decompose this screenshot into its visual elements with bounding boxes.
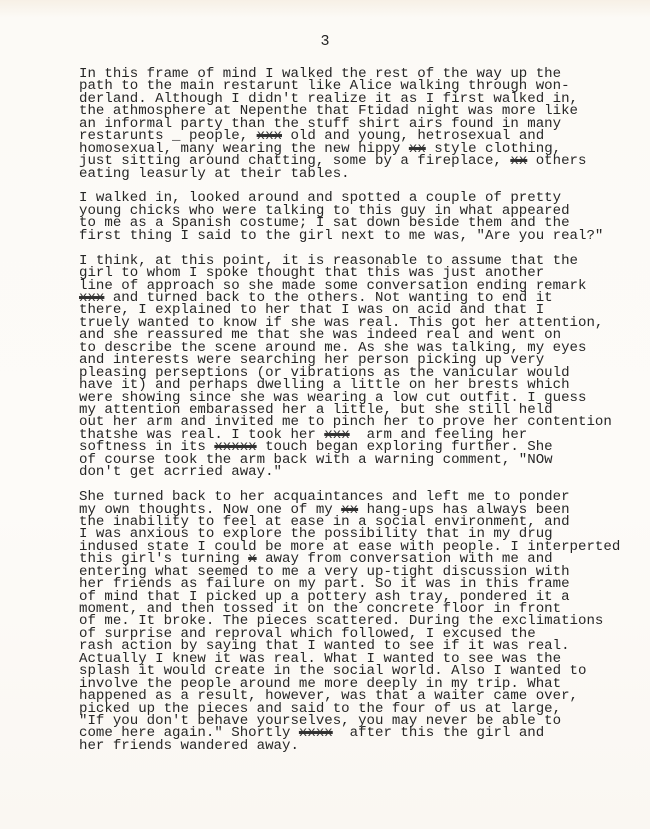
paragraph: I think, at this point, it is reasonable… [79,255,639,479]
page-number: 3 [0,33,650,50]
text-line: don't get acrried away." [79,466,639,478]
paragraph: I walked in, looked around and spotted a… [79,192,639,242]
paragraph: She turned back to her acquaintances and… [79,491,639,752]
paragraph: In this frame of mind I walked the rest … [79,68,639,180]
strikeout-mark: xxxx [299,725,333,741]
text-line: eating leasurly at their tables. [79,168,639,180]
text-line: first thing I said to the girl next to m… [79,230,639,242]
typed-page: 3 In this frame of mind I walked the res… [0,0,650,829]
document-body: In this frame of mind I walked the rest … [79,68,639,765]
strikeout-mark: xx [510,153,527,169]
text-line: her friends wandered away. [79,740,639,752]
